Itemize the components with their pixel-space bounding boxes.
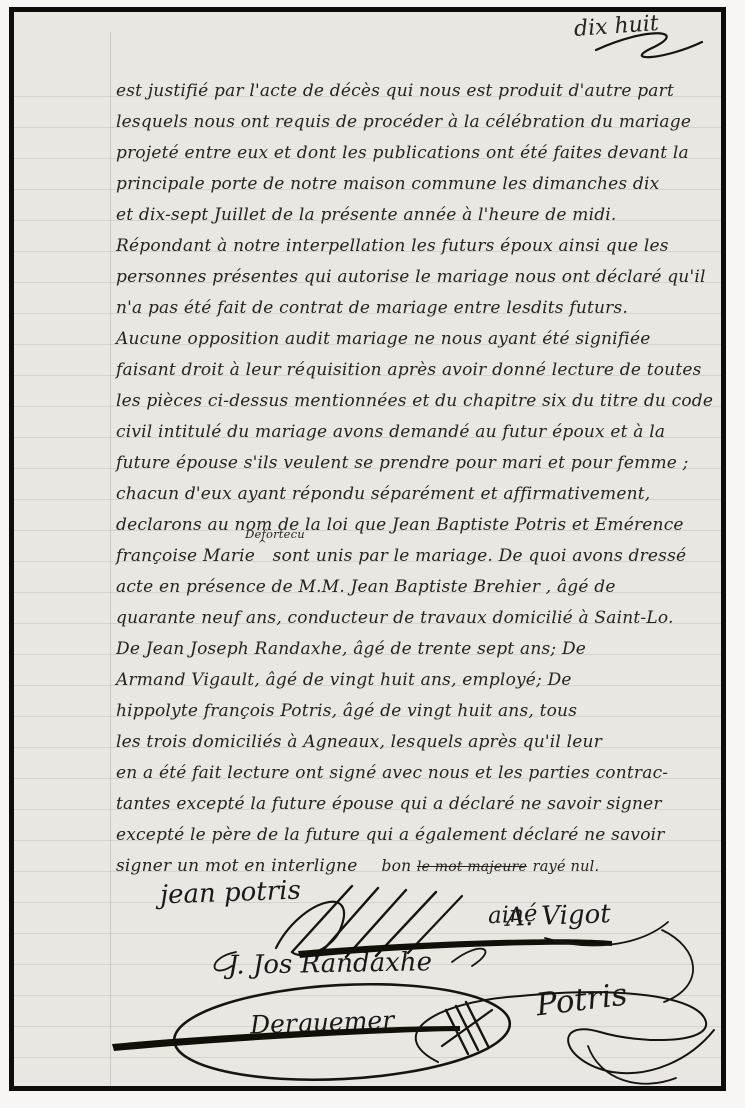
text-line: acte en présence de M.M. Jean Baptiste B… <box>116 572 722 603</box>
text-line: De Jean Joseph Randaxhe, âgé de trente s… <box>116 634 722 665</box>
struck-words: le mot majeure <box>417 859 527 875</box>
text-line: personnes présentes qui autorise le mari… <box>116 262 722 293</box>
text-line: quarante neuf ans, conducteur de travaux… <box>116 603 722 634</box>
caret-mark: ^ <box>258 540 267 550</box>
signature-vigot: A. Vigot <box>506 899 612 933</box>
text-line: les pièces ci-dessus mentionnées et du c… <box>116 386 722 417</box>
text-line: est justifié par l'acte de décès qui nou… <box>116 76 722 107</box>
text-line: faisant droit à leur réquisition après a… <box>116 355 722 386</box>
text-line: les trois domiciliés à Agneaux, lesquels… <box>116 727 722 758</box>
text-line: chacun d'eux ayant répondu séparément et… <box>116 479 722 510</box>
text-line: Aucune opposition audit mariage ne nous … <box>116 324 722 355</box>
text-line: Répondant à notre interpellation les fut… <box>116 231 722 262</box>
text-line: tantes excepté la future épouse qui a dé… <box>116 789 722 820</box>
text-line: civil intitulé du mariage avons demandé … <box>116 417 722 448</box>
text-line: et dix-sept Juillet de la présente année… <box>116 200 722 231</box>
text-line-with-interline: françoise Marie^Defortecu sont unis par … <box>116 541 722 572</box>
text-line: declarons au nom de la loi que Jean Bapt… <box>116 510 722 541</box>
text-line: en a été fait lecture ont signé avec nou… <box>116 758 722 789</box>
approval-word: bon <box>381 857 411 875</box>
act-text-block: est justifié par l'acte de décès qui nou… <box>116 76 722 882</box>
closing-words: rayé nul. <box>533 859 600 875</box>
page-number-note: dix huit <box>573 11 659 42</box>
interline-insertion: ^Defortecu <box>255 544 267 561</box>
text-line: lesquels nous ont requis de procéder à l… <box>116 107 722 138</box>
text-line-closing: signer un mot en interlignebon le mot ma… <box>116 851 722 882</box>
text-line: principale porte de notre maison commune… <box>116 169 722 200</box>
interline-word: Defortecu <box>245 529 305 541</box>
page-border-frame: dix huit est justifié par l'acte de décè… <box>9 7 726 1091</box>
signature-derquemer: Derquemer <box>250 1005 395 1039</box>
text-line: hippolyte françois Potris, âgé de vingt … <box>116 696 722 727</box>
line-segment: signer un mot en interligne <box>116 856 357 876</box>
text-line: n'a pas été fait de contrat de mariage e… <box>116 293 722 324</box>
margin-rule <box>110 32 111 1086</box>
line-segment: françoise Marie <box>116 546 255 566</box>
signature-jean-potris: jean potris <box>160 876 302 911</box>
text-line: Armand Vigault, âgé de vingt huit ans, e… <box>116 665 722 696</box>
text-line: projeté entre eux et dont les publicatio… <box>116 138 722 169</box>
scanned-register-page: dix huit est justifié par l'acte de décè… <box>0 0 745 1108</box>
text-line: excepté le père de la future qui a égale… <box>116 820 722 851</box>
line-segment: sont unis par le mariage. De quoi avons … <box>273 546 687 566</box>
text-line: future épouse s'ils veulent se prendre p… <box>116 448 722 479</box>
signature-randaxhe: J. Jos Randaxhe <box>228 947 432 981</box>
